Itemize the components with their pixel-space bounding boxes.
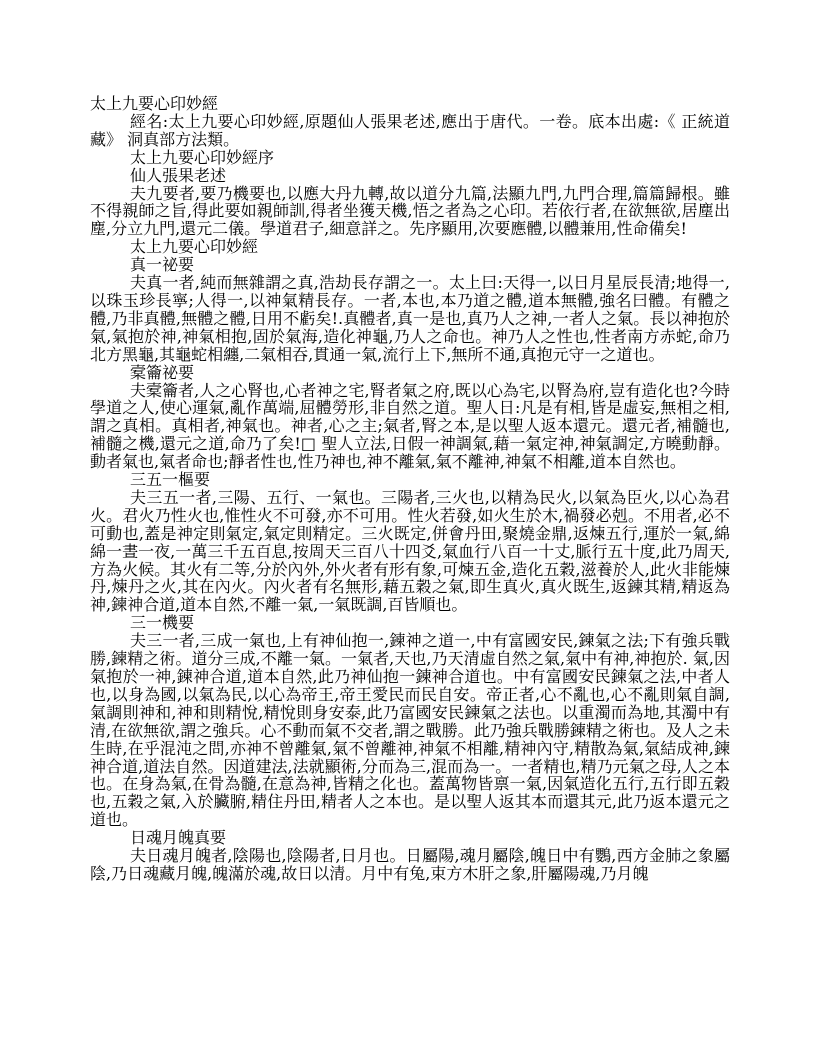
chapter-3-body: 夫三五一者,三陽、五行、一氣也。三陽者,三火也,以精為民火,以氣為臣火,以心為君…: [90, 489, 730, 614]
chapter-4-body: 夫三一者,三成一氣也,上有神仙抱一,鍊神之道一,中有富國安民,鍊氣之法;下有強兵…: [90, 632, 730, 829]
document-text: 太上九要心印妙經 經名:太上九要心印妙經,原題仙人張果老述,應出于唐代。一卷。底…: [90, 95, 730, 883]
chapter-2-title: 槖籥祕要: [90, 364, 730, 382]
doc-title: 太上九要心印妙經: [90, 95, 730, 113]
chapter-3-title: 三五一樞要: [90, 471, 730, 489]
chapter-2-body: 夫槖籥者,人之心腎也,心者神之宅,腎者氣之府,既以心為宅,以腎為府,豈有造化也?…: [90, 382, 730, 472]
chapter-1-title: 真一祕要: [90, 256, 730, 274]
document-page: 太上九要心印妙經 經名:太上九要心印妙經,原題仙人張果老述,應出于唐代。一卷。底…: [0, 0, 816, 1056]
preface-title: 太上九要心印妙經序: [90, 149, 730, 167]
chapter-4-title: 三一機要: [90, 614, 730, 632]
chapter-5-body: 夫日魂月魄者,陰陽也,陰陽者,日月也。日屬陽,魂月屬陰,魄日中有鸚,西方金肺之象…: [90, 847, 730, 883]
chapter-1-body: 夫真一者,純而無雜謂之真,浩劫長存謂之一。太上曰:天得一,以日月星辰長清;地得一…: [90, 274, 730, 364]
chapter-5-title: 日魂月魄真要: [90, 829, 730, 847]
doc-meta: 經名:太上九要心印妙經,原題仙人張果老述,應出于唐代。一卷。底本出處:《 正統道…: [90, 113, 730, 149]
preface-body: 夫九要者,要乃機要也,以應大丹九轉,故以道分九篇,法顯九門,九門合理,篇篇歸根。…: [90, 185, 730, 239]
scripture-title: 太上九要心印妙經: [90, 238, 730, 256]
author-line: 仙人張果老述: [90, 167, 730, 185]
